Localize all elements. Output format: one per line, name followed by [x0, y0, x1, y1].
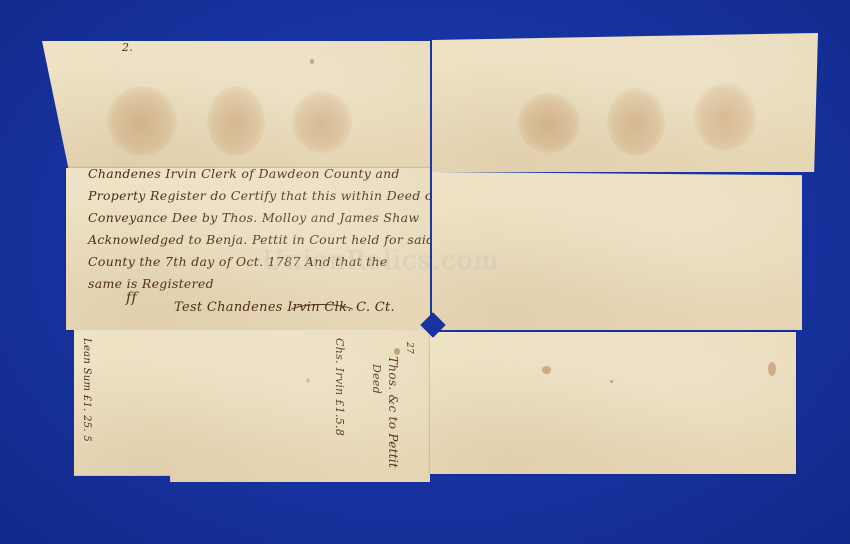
certificate-mark: ff — [126, 290, 137, 306]
stain-spot — [306, 378, 310, 383]
docket-number: 27 — [404, 342, 414, 354]
document-panel-top-left: 2. — [42, 41, 430, 172]
signature-flourish — [286, 304, 358, 324]
docket-panel: Lean Sum £1. 25. 5 Chs. Irvin £1.5.8 27 … — [74, 330, 430, 482]
seal-impression — [694, 83, 756, 151]
stain-spot — [768, 362, 776, 376]
certificate-line: Chandenes Irvin Clerk of Dawdeon County … — [88, 168, 400, 181]
document-panel-bottom-right — [430, 332, 796, 474]
clerk-signature: Test Chandenes Irvin Clk. C. Ct. — [174, 300, 395, 315]
stain-spot — [542, 366, 551, 374]
ink-spot — [310, 59, 314, 64]
docket-title: Thos. &c to Pettit — [386, 356, 400, 468]
certificate-line: Acknowledged to Benja. Pettit in Court h… — [88, 232, 430, 247]
stain-spot — [610, 380, 613, 383]
seal-impression — [107, 86, 177, 156]
ink-blot — [394, 348, 400, 355]
recording-note: Chs. Irvin £1.5.8 — [333, 338, 346, 436]
certificate-line: same is Registered — [88, 276, 214, 291]
certificate-line: Property Register do Certify that this w… — [88, 188, 430, 203]
seal-impression — [607, 88, 665, 156]
watermark: UnionRelics.com — [262, 246, 499, 276]
document-panel-top-right — [432, 33, 818, 172]
seal-impression — [207, 86, 265, 156]
docket-type: Deed — [370, 364, 383, 394]
seal-impression — [518, 93, 580, 153]
corner-mark: 2. — [122, 41, 133, 54]
certificate-line: Conveyance Dee by Thos. Molloy and James… — [88, 210, 419, 225]
fee-note: Lean Sum £1. 25. 5 — [81, 338, 92, 442]
seal-impression — [292, 91, 352, 153]
